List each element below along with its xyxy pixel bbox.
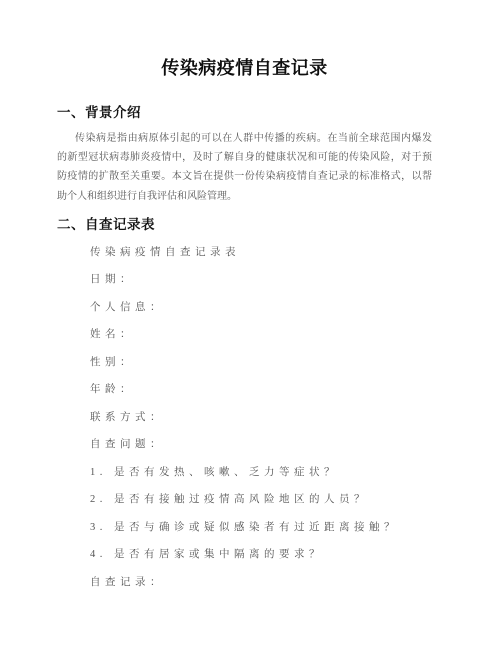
form-field-date: 日期： (90, 270, 432, 289)
form-question-2: 2. 是否有接触过疫情高风险地区的人员？ (90, 490, 432, 509)
form-title-line: 传染病疫情自查记录表 (90, 243, 432, 262)
form-field-contact: 联系方式： (90, 408, 432, 427)
form-question-3: 3. 是否与确诊或疑似感染者有过近距离接触？ (90, 518, 432, 537)
form-question-1: 1. 是否有发热、咳嗽、乏力等症状？ (90, 463, 432, 482)
self-check-form: 传染病疫情自查记录表 日期： 个人信息： 姓名： 性别： 年龄： 联系方式： 自… (90, 243, 432, 592)
form-field-age: 年龄： (90, 380, 432, 399)
background-paragraph: 传染病是指由病原体引起的可以在人群中传播的疾病。在当前全球范围内爆发 的新型冠状… (57, 129, 432, 206)
paragraph-line: 助个人和组织进行自我评估和风险管理。 (57, 187, 432, 206)
form-label-questions: 自查问题： (90, 435, 432, 454)
paragraph-line: 传染病是指由病原体引起的可以在人群中传播的疾病。在当前全球范围内爆发 (57, 129, 432, 148)
paragraph-line: 的新型冠状病毒肺炎疫情中，及时了解自身的健康状况和可能的传染风险，对于预 (57, 148, 432, 167)
form-field-name: 姓名： (90, 325, 432, 344)
document-content: 传染病疫情自查记录 一、背景介绍 传染病是指由病原体引起的可以在人群中传播的疾病… (0, 0, 502, 649)
form-field-personal-info: 个人信息： (90, 298, 432, 317)
document-title: 传染病疫情自查记录 (57, 55, 432, 81)
form-label-record: 自查记录： (90, 573, 432, 592)
section-heading-background: 一、背景介绍 (57, 104, 432, 121)
paragraph-line: 防疫情的扩散至关重要。本文旨在提供一份传染病疫情自查记录的标准格式，以帮 (57, 167, 432, 186)
form-field-gender: 性别： (90, 353, 432, 372)
section-heading-self-check-form: 二、自查记录表 (57, 216, 432, 233)
form-question-4: 4. 是否有居家或集中隔离的要求？ (90, 545, 432, 564)
document-page: 传染病疫情自查记录 一、背景介绍 传染病是指由病原体引起的可以在人群中传播的疾病… (0, 0, 502, 649)
